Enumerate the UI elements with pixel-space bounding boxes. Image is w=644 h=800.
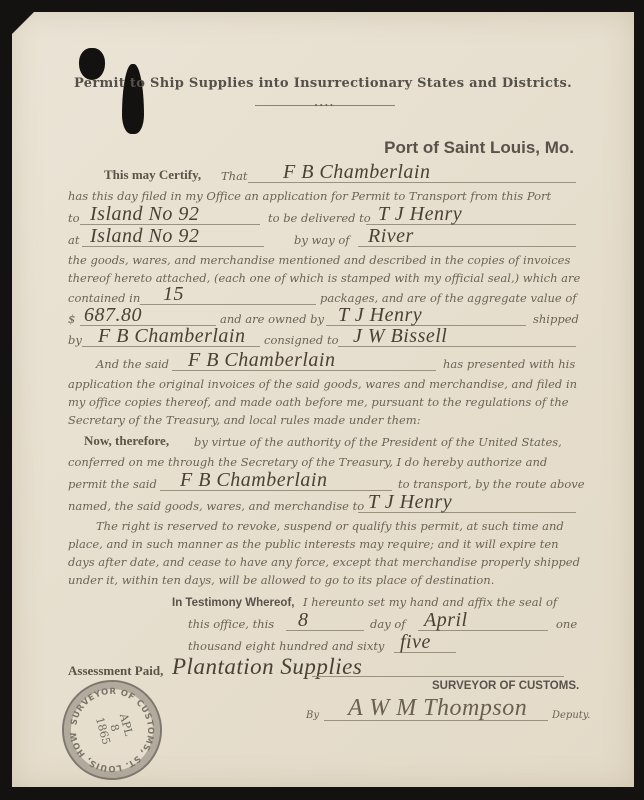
consignee: J W Bissell [353, 325, 447, 348]
text-line: under it, within ten days, will be allow… [68, 568, 578, 590]
this-office-label: this office, this [188, 617, 274, 631]
assessment-label: Assessment Paid, [68, 663, 163, 679]
certify-line: This may Certify, That F B Chamberlain [68, 164, 578, 186]
permittee: F B Chamberlain [180, 469, 328, 492]
paper-corner [12, 12, 34, 34]
consigned-label: consigned to [264, 333, 339, 347]
customs-seal-stamp: SURVEYOR OF CUSTOMS, ST. LOUIS, HOWARD A… [62, 680, 162, 780]
by-way-label: by way of [294, 233, 350, 247]
assessment-line: Assessment Paid, Plantation Supplies [68, 660, 578, 682]
packages-label: packages, and are of the aggregate value… [320, 291, 577, 305]
destination: Island No 92 [90, 203, 199, 226]
testimony-line: In Testimony Whereof, I hereunto set my … [68, 590, 578, 612]
presenter-line: And the said F B Chamberlain has present… [68, 352, 578, 374]
and-said-label: And the said [96, 357, 169, 371]
body-text: conferred on me through the Secretary of… [68, 455, 547, 469]
at-label: at [68, 233, 79, 247]
route: River [368, 225, 414, 248]
by-label: by [68, 333, 82, 347]
recipient-line: named, the said goods, wares, and mercha… [68, 494, 578, 516]
permit-document: Permit to Ship Supplies into Insurrectio… [12, 12, 634, 787]
delivered-to: T J Henry [378, 203, 462, 226]
body-text: Secretary of the Treasury, and local rul… [68, 413, 421, 427]
delivery-place: Island No 92 [90, 225, 199, 248]
body-text: I hereunto set my hand and affix the sea… [303, 595, 557, 609]
delivery-place-line: at Island No 92 by way of River [68, 228, 578, 250]
shipper: F B Chamberlain [98, 325, 246, 348]
body-text: place, and in such manner as the public … [68, 537, 559, 551]
aggregate-value: 687.80 [84, 304, 142, 327]
body-text: the goods, wares, and merchandise mentio… [68, 253, 570, 267]
packages-line: contained in 15 packages, and are of the… [68, 286, 578, 308]
one-label: one [556, 617, 577, 631]
packages-count: 15 [163, 283, 184, 306]
year-word: five [400, 631, 431, 654]
presenter: F B Chamberlain [188, 349, 336, 372]
body-text: my office copies thereof, and made oath … [68, 395, 569, 409]
by-sig-label: By [306, 710, 319, 721]
port-heading: Port of Saint Louis, Mo. [384, 138, 574, 158]
day-of-label: day of [370, 617, 406, 631]
title-ornament: •••• [314, 102, 335, 110]
now-therefore-line: Now, therefore, by virtue of the authori… [68, 430, 578, 452]
text-line: Secretary of the Treasury, and local rul… [68, 408, 578, 430]
date-line: this office, this 8 day of April one [68, 612, 578, 634]
body-text: has this day filed in my Office an appli… [68, 189, 551, 203]
shipper-line: by F B Chamberlain consigned to J W Biss… [68, 328, 578, 350]
now-therefore-label: Now, therefore, [84, 433, 169, 449]
text-line: thereof hereto attached, (each one of wh… [68, 266, 578, 288]
permit-label: permit the said [68, 477, 157, 491]
document-title: Permit to Ship Supplies into Insurrectio… [12, 76, 634, 91]
body-text: by virtue of the authority of the Presid… [194, 435, 562, 449]
grantee-name: F B Chamberlain [283, 161, 431, 184]
body-text: under it, within ten days, will be allow… [68, 573, 494, 587]
dollar-sign: $ [68, 312, 75, 326]
year-label: thousand eight hundred and sixty [188, 639, 384, 653]
surveyor-label: SURVEYOR OF CUSTOMS. [432, 680, 579, 692]
named-label: named, the said goods, wares, and mercha… [68, 499, 364, 513]
transport-label: to transport, by the route above [398, 477, 585, 491]
body-text: The right is reserved to revoke, suspend… [96, 519, 564, 533]
presented-label: has presented with his [443, 357, 575, 371]
permittee-line: permit the said F B Chamberlain to trans… [68, 472, 578, 494]
that-label: That [221, 169, 248, 183]
certify-label: This may Certify, [104, 167, 201, 183]
owner: T J Henry [338, 304, 422, 327]
day: 8 [298, 609, 309, 632]
year-line: thousand eight hundred and sixty five [68, 634, 578, 656]
deputy-label: Deputy. [552, 710, 590, 721]
body-text: thereof hereto attached, (each one of wh… [68, 271, 580, 285]
shipped-label: shipped [533, 312, 579, 326]
signature-rule [312, 676, 564, 677]
paper-hole [122, 64, 144, 134]
deputy-signature: A W M Thompson [348, 695, 527, 722]
contained-label: contained in [68, 291, 140, 305]
owned-label: and are owned by [220, 312, 324, 326]
body-text: application the original invoices of the… [68, 377, 577, 391]
to-label: to [68, 211, 80, 225]
body-text: days after date, and cease to have any f… [68, 555, 580, 569]
delivered-label: to be delivered to [268, 211, 371, 225]
recipient: T J Henry [368, 491, 452, 514]
month: April [424, 609, 468, 632]
testimony-label: In Testimony Whereof, [172, 597, 294, 609]
